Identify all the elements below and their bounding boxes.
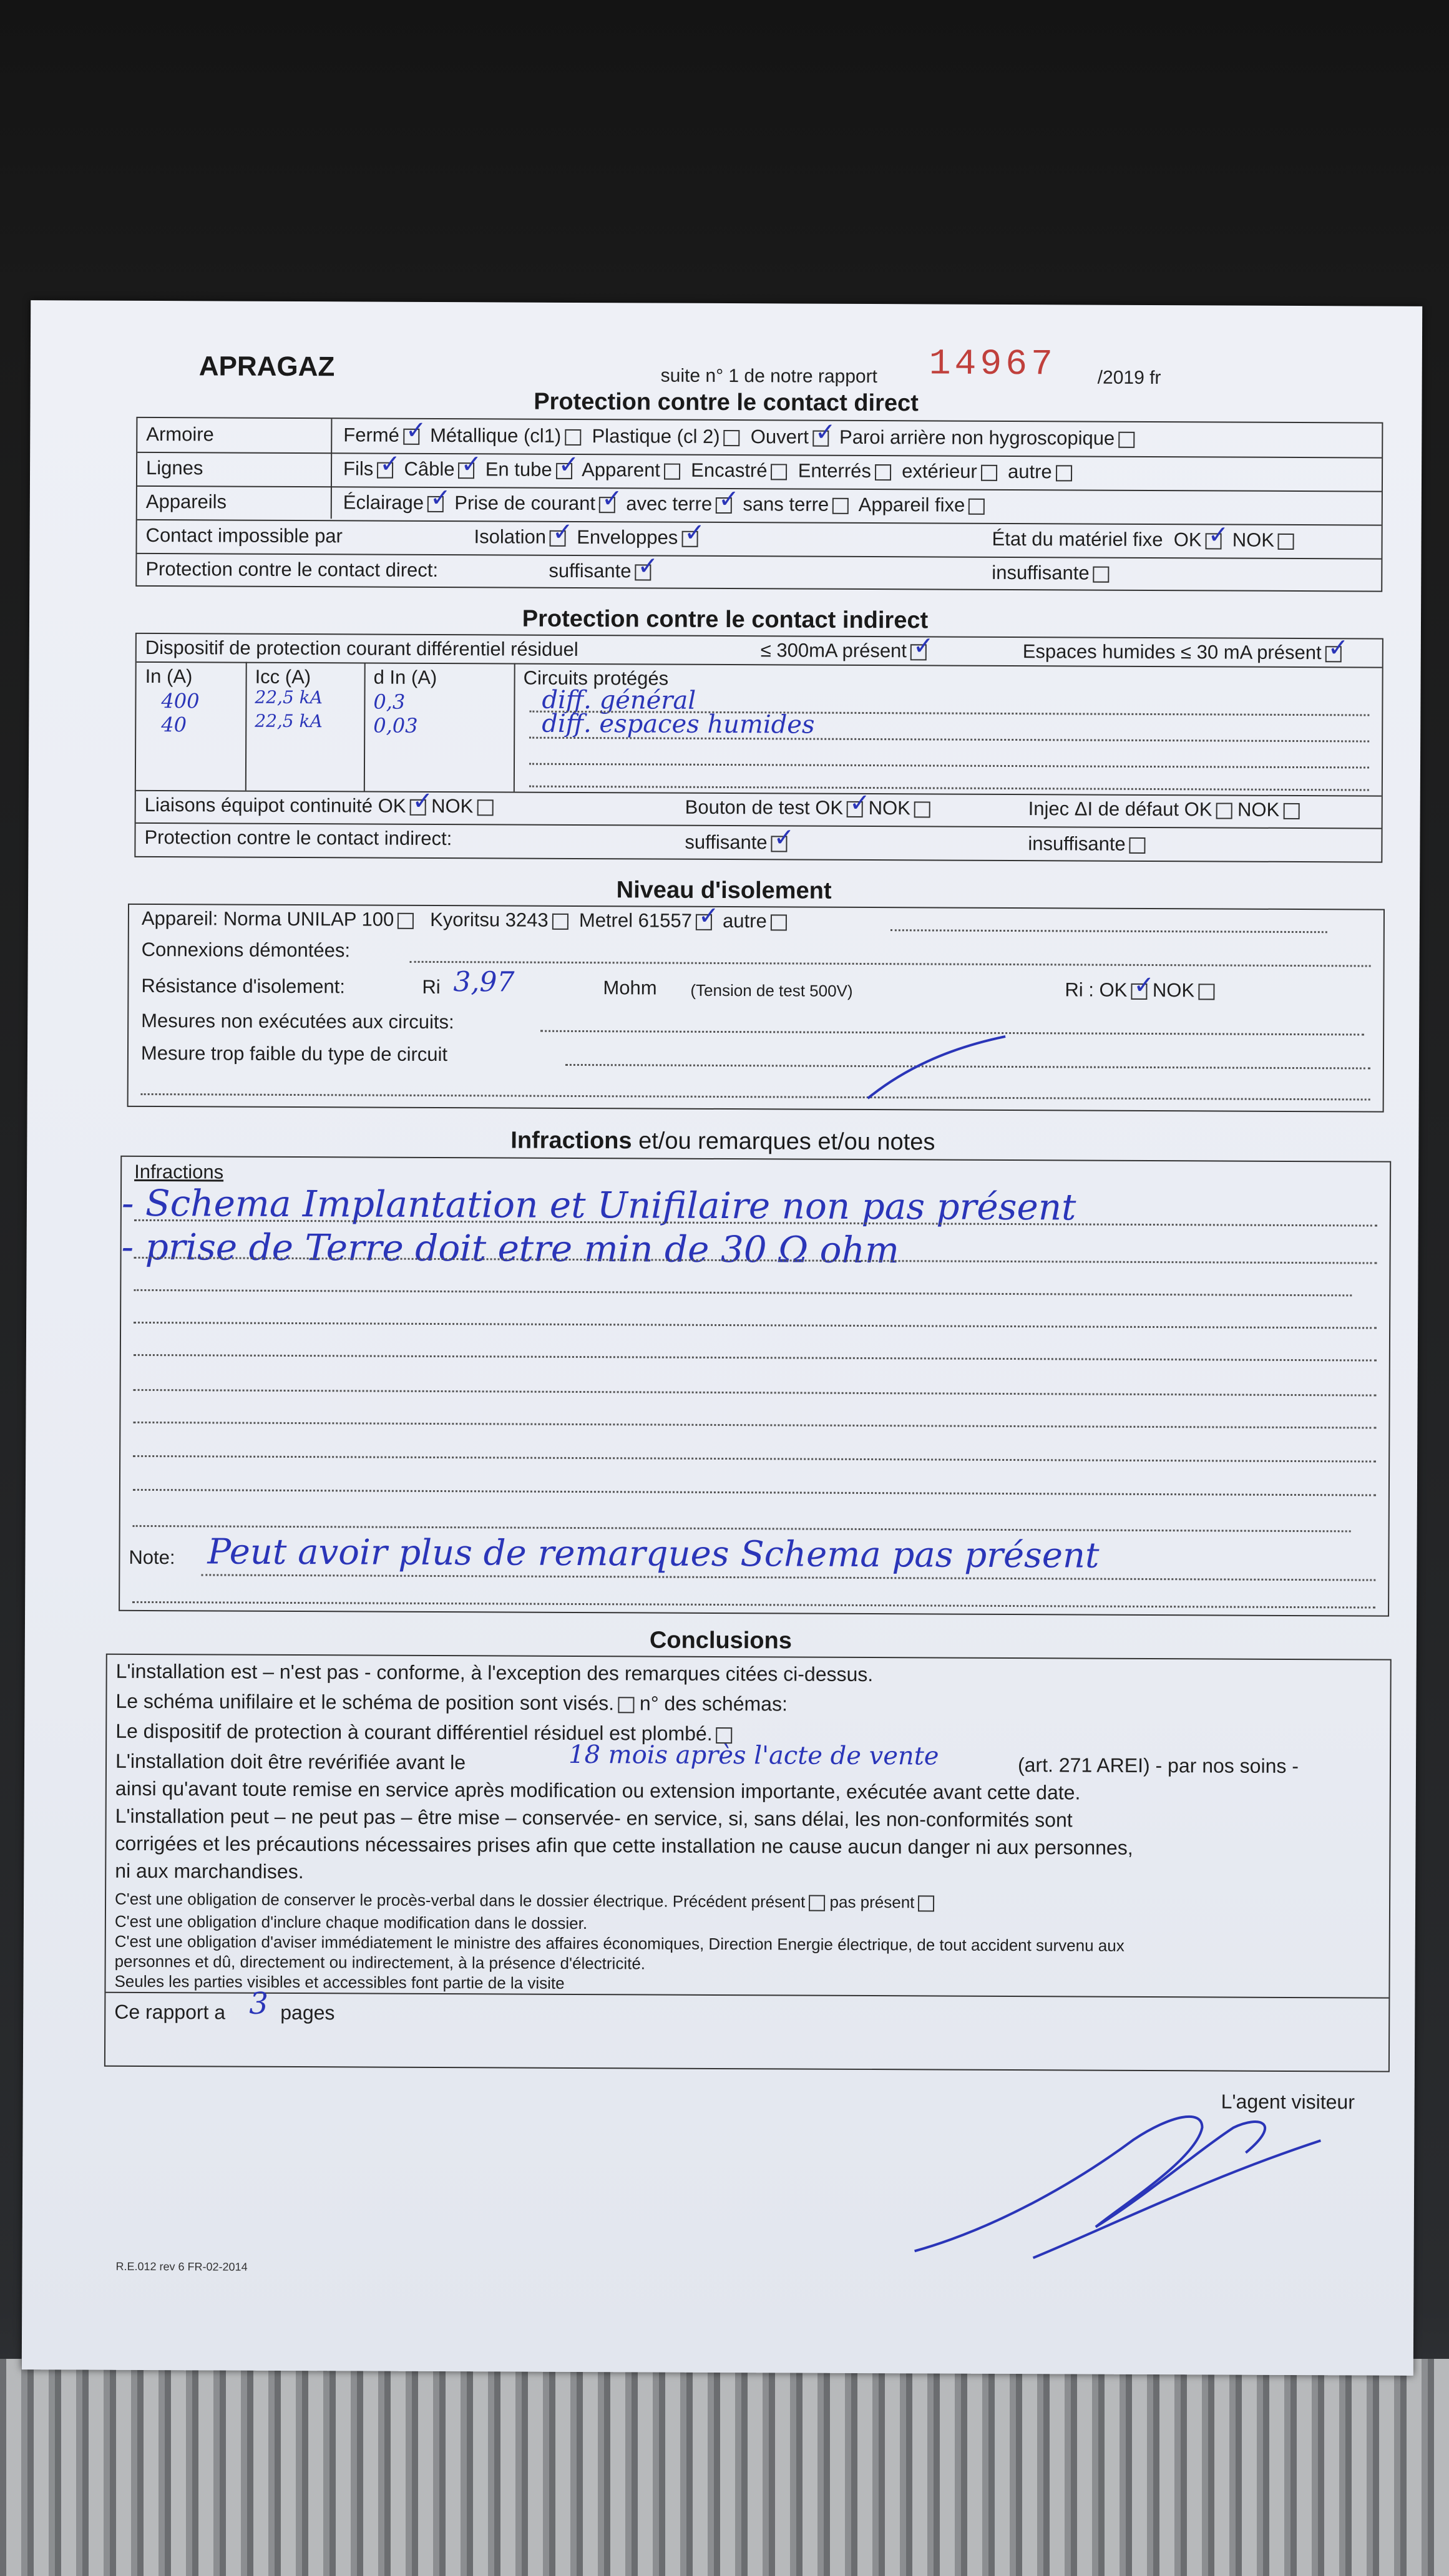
- checkbox-sans-terre[interactable]: [832, 498, 849, 514]
- checkbox-en-tube[interactable]: [556, 463, 572, 479]
- indirect-table: Dispositif de protection courant différe…: [134, 633, 1383, 863]
- option-label: Apparent: [582, 459, 660, 481]
- infraction-line-2: - prise de Terre doit etre min de 30 Ω o…: [121, 1226, 899, 1271]
- checkbox-encastr-[interactable]: [771, 464, 787, 480]
- reverification-date: 18 mois après l'acte de vente: [568, 1740, 939, 1771]
- option-label: En tube: [485, 458, 552, 480]
- section-title-infractions: Infractions et/ou remarques et/ou notes: [27, 1125, 1418, 1158]
- checkbox-direct-insuffisante[interactable]: [1093, 566, 1110, 582]
- agent-signature: [909, 2101, 1334, 2265]
- section-title-indirect: Protection contre le contact indirect: [29, 603, 1421, 637]
- checkbox-precedent-present[interactable]: [809, 1895, 825, 1911]
- brand-name: APRAGAZ: [199, 351, 335, 383]
- option-label: Fils: [343, 457, 373, 479]
- checkbox-bouton-nok[interactable]: [914, 801, 930, 817]
- isolement-table: Appareil: Norma UNILAP 100 Kyoritsu 3243…: [127, 904, 1385, 1113]
- checkbox-liaisons-ok[interactable]: [409, 799, 426, 816]
- checkbox-injec-nok[interactable]: [1283, 803, 1299, 819]
- checkbox-apparent[interactable]: [664, 463, 680, 479]
- direct-table: Armoire Fermé Métallique (cl1) Plastique…: [135, 417, 1383, 592]
- radiator-background: [0, 2359, 1449, 2576]
- option-label: Métallique (cl1): [430, 424, 561, 447]
- suite-label: suite n° 1 de notre rapport: [661, 366, 877, 388]
- checkbox-autre[interactable]: [771, 914, 787, 930]
- row-protection-direct: Protection contre le contact direct: suf…: [137, 553, 1381, 592]
- checkbox-indirect-insuffisante[interactable]: [1129, 837, 1146, 854]
- checkbox-ri-ok[interactable]: [1131, 983, 1147, 1000]
- option-label: Paroi arrière non hygroscopique: [839, 426, 1115, 449]
- checkbox-plastique-cl-2-[interactable]: [724, 430, 740, 446]
- checkbox-ext-rieur[interactable]: [981, 465, 997, 481]
- option-label: Plastique (cl 2): [592, 425, 720, 447]
- option-label: Ouvert: [751, 426, 809, 447]
- form-reference: R.E.012 rev 6 FR-02-2014: [115, 2260, 247, 2274]
- checkbox-indirect-suffisante[interactable]: [771, 836, 788, 852]
- checkbox-enveloppes[interactable]: [681, 531, 698, 547]
- checkbox-avec-terre[interactable]: [716, 497, 732, 514]
- checkbox-etat-nok[interactable]: [1278, 534, 1294, 550]
- checkbox-isolation[interactable]: [550, 530, 566, 547]
- option-label: Fermé: [343, 424, 399, 446]
- checkbox-autre[interactable]: [1056, 465, 1072, 481]
- option-label: extérieur: [902, 460, 977, 482]
- checkbox-etat-ok[interactable]: [1206, 533, 1222, 549]
- section-title-direct: Protection contre le contact direct: [30, 386, 1422, 419]
- checkbox-appareil-fixe[interactable]: [968, 499, 985, 515]
- infractions-box: Infractions - Schema Implantation et Uni…: [119, 1156, 1391, 1617]
- checkbox-espaces-humides[interactable]: [1325, 646, 1342, 662]
- note-text: Peut avoir plus de remarques Schema pas …: [207, 1531, 1099, 1576]
- checkbox--clairage[interactable]: [427, 496, 444, 512]
- checkbox-direct-suffisante[interactable]: [635, 564, 651, 580]
- checkbox-ferm-[interactable]: [403, 429, 419, 445]
- checkbox-injec-ok[interactable]: [1216, 803, 1232, 819]
- checkbox-m-tallique-cl1-[interactable]: [565, 429, 581, 446]
- option-label: autre: [1008, 461, 1052, 482]
- strike-through-mark: [865, 1033, 1008, 1102]
- section-title-isolement: Niveau d'isolement: [28, 874, 1420, 907]
- report-number: 14967: [929, 344, 1056, 385]
- checkbox-ri-nok[interactable]: [1198, 983, 1214, 1000]
- option-label: Câble: [404, 458, 454, 480]
- checkbox-norma[interactable]: [398, 913, 414, 929]
- checkbox-ouvert[interactable]: [812, 430, 829, 446]
- option-label: avec terre: [626, 492, 712, 515]
- checkbox-schemas-vises[interactable]: [618, 1697, 634, 1713]
- checkbox-metrel[interactable]: [696, 914, 712, 930]
- inspection-report-page: APRAGAZ suite n° 1 de notre rapport 1496…: [22, 300, 1422, 2376]
- option-label: Prise de courant: [454, 492, 595, 514]
- option-label: Éclairage: [343, 491, 424, 514]
- checkbox-fils[interactable]: [377, 462, 393, 478]
- checkbox-enterr-s[interactable]: [875, 464, 891, 481]
- option-label: sans terre: [743, 493, 829, 515]
- checkbox-liaisons-nok[interactable]: [477, 799, 493, 816]
- option-label: Appareil fixe: [859, 494, 965, 516]
- report-year: /2019 fr: [1098, 368, 1161, 389]
- section-title-conclusions: Conclusions: [25, 1624, 1417, 1657]
- checkbox-prise-de-courant[interactable]: [599, 497, 615, 513]
- checkbox-pas-present[interactable]: [918, 1896, 934, 1912]
- conclusions-box: L'installation est – n'est pas - conform…: [104, 1654, 1392, 2072]
- option-label: Enterrés: [798, 460, 871, 482]
- checkbox-kyoritsu[interactable]: [552, 914, 568, 930]
- option-label: Encastré: [691, 459, 767, 482]
- checkbox-paroi-arri-re-non-hygroscopique[interactable]: [1118, 432, 1134, 448]
- checkbox-c-ble[interactable]: [458, 462, 474, 479]
- checkbox-bouton-ok[interactable]: [847, 801, 863, 817]
- checkbox-300ma[interactable]: [910, 644, 927, 660]
